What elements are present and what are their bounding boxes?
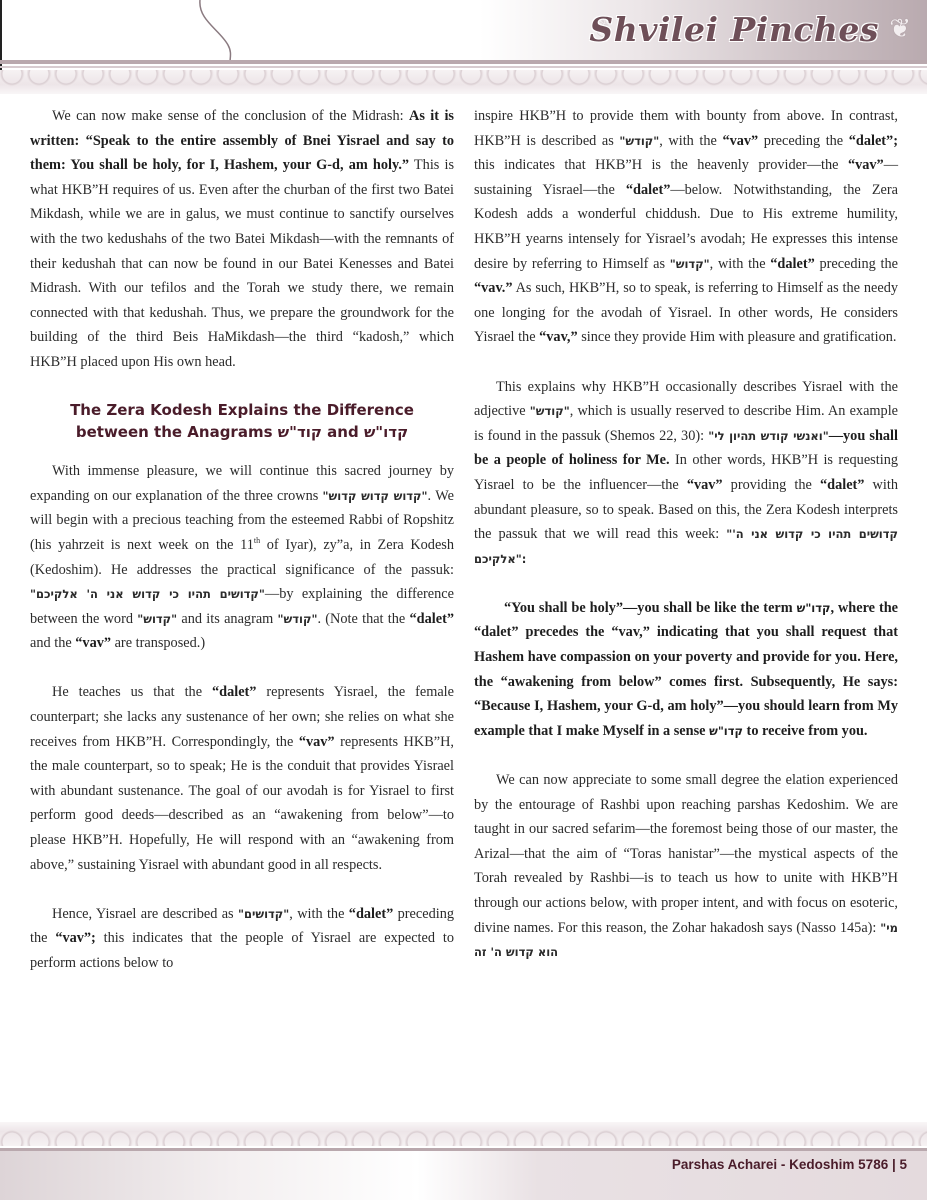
text: and	[322, 423, 364, 441]
hebrew-text: "קדושים"	[238, 907, 289, 921]
hebrew-text: "קדושים תהיו כי קדוש אני ה' אלקיכם"	[30, 587, 265, 601]
hebrew-text: "קדוש קדוש קדוש"	[323, 489, 428, 503]
bold-term: “dalet”;	[849, 133, 898, 149]
text: providing the	[723, 477, 820, 493]
bold-term: “dalet”	[626, 182, 670, 198]
header-rule	[0, 60, 927, 64]
text: . (Note that the	[317, 611, 409, 627]
right-column: inspire HKB”H to provide them with bount…	[474, 104, 898, 965]
paragraph-midrash-conclusion: We can now make sense of the conclusion …	[30, 104, 454, 375]
text: and its anagram	[177, 611, 277, 627]
bold-term: “dalet”	[820, 477, 864, 493]
text: and the	[30, 635, 75, 651]
paragraph-hkbh-kodesh: inspire HKB”H to provide them with bount…	[474, 104, 898, 350]
paragraph-ropshitz-teaching: With immense pleasure, we will continue …	[30, 459, 454, 656]
text: this indicates that HKB”H is the heavenl…	[474, 157, 848, 173]
text: preceding the	[758, 133, 849, 149]
bold-term: “vav.”	[474, 280, 513, 296]
bold-term: “vav”	[299, 734, 335, 750]
header-curve-decoration	[160, 0, 250, 62]
hebrew-text: "קודש"	[278, 612, 318, 626]
quote-paragraph: “You shall be holy”—you shall be like th…	[474, 596, 898, 744]
heading-line-2: between the Anagrams קוד"ש and קדו"ש	[30, 421, 454, 443]
text: Hence, Yisrael are described as	[52, 906, 238, 922]
bold-term: “dalet”	[770, 256, 814, 272]
hebrew-text: קדו"ש	[709, 724, 743, 738]
hebrew-text: קדו"ש	[364, 423, 408, 441]
bold-term: “vav,”	[539, 329, 578, 345]
hebrew-text: "קודש"	[530, 404, 570, 418]
publication-title: Shvilei Pinches	[589, 10, 879, 49]
text: , with the	[289, 906, 349, 922]
heading-line-1: The Zera Kodesh Explains the Difference	[30, 399, 454, 421]
section-heading: The Zera Kodesh Explains the Difference …	[30, 399, 454, 443]
left-column: We can now make sense of the conclusion …	[30, 104, 454, 976]
hebrew-text: קדו"ש	[797, 601, 831, 615]
zera-kodesh-quote: “You shall be holy”—you shall be like th…	[474, 596, 898, 744]
bold-term: “vav”	[687, 477, 723, 493]
hebrew-text: "ואנשי קודש תהיון לי"	[708, 429, 829, 443]
swirl-ornament-icon: ❦	[889, 14, 911, 44]
text: since they provide Him with pleasure and…	[578, 329, 897, 345]
hebrew-text: "קדוש"	[137, 612, 177, 626]
ornamental-border-bottom	[0, 1122, 927, 1146]
text: between the Anagrams	[76, 423, 278, 441]
bold-term: “vav”	[75, 635, 111, 651]
bold-term: “vav”	[722, 133, 758, 149]
hebrew-text: "קדוש"	[670, 257, 710, 271]
text: “You shall be holy”—you shall be like th…	[504, 600, 797, 616]
text: He teaches us that the	[52, 684, 212, 700]
bold-term: “dalet”	[212, 684, 256, 700]
paragraph-yisrael-kedoshim: Hence, Yisrael are described as "קדושים"…	[30, 902, 454, 976]
paragraph-rashbi-elation: We can now appreciate to some small degr…	[474, 768, 898, 965]
footer-page-info: Parshas Acharei - Kedoshim 5786 | 5	[672, 1157, 907, 1172]
text: , where the “dalet” precedes the “vav,” …	[474, 600, 898, 739]
hebrew-text: "קודש"	[619, 134, 659, 148]
bold-term: “vav”	[848, 157, 884, 173]
text: We can now appreciate to some small degr…	[474, 772, 898, 936]
header-rule-thin	[0, 66, 927, 68]
text: , with the	[659, 133, 722, 149]
paragraph-dalet-vav-meaning: He teaches us that the “dalet” represent…	[30, 680, 454, 877]
page-header: ❦ Shvilei Pinches ❦	[0, 0, 927, 100]
hebrew-text: קוד"ש	[278, 423, 322, 441]
paragraph-yisrael-kodesh: This explains why HKB”H occasionally des…	[474, 375, 898, 572]
text: represents HKB”H, the male counterpart, …	[30, 734, 454, 873]
ornamental-border-top	[0, 70, 927, 94]
text: preceding the	[815, 256, 898, 272]
bold-term: “dalet”	[349, 906, 393, 922]
text: , with the	[710, 256, 771, 272]
text: This is what HKB”H requires of us. Even …	[30, 157, 454, 370]
bold-term: “vav”;	[55, 930, 96, 946]
text: are transposed.)	[111, 635, 205, 651]
text: We can now make sense of the conclusion …	[52, 108, 409, 124]
bold-term: “dalet”	[410, 611, 454, 627]
text: to receive from you.	[743, 723, 868, 739]
